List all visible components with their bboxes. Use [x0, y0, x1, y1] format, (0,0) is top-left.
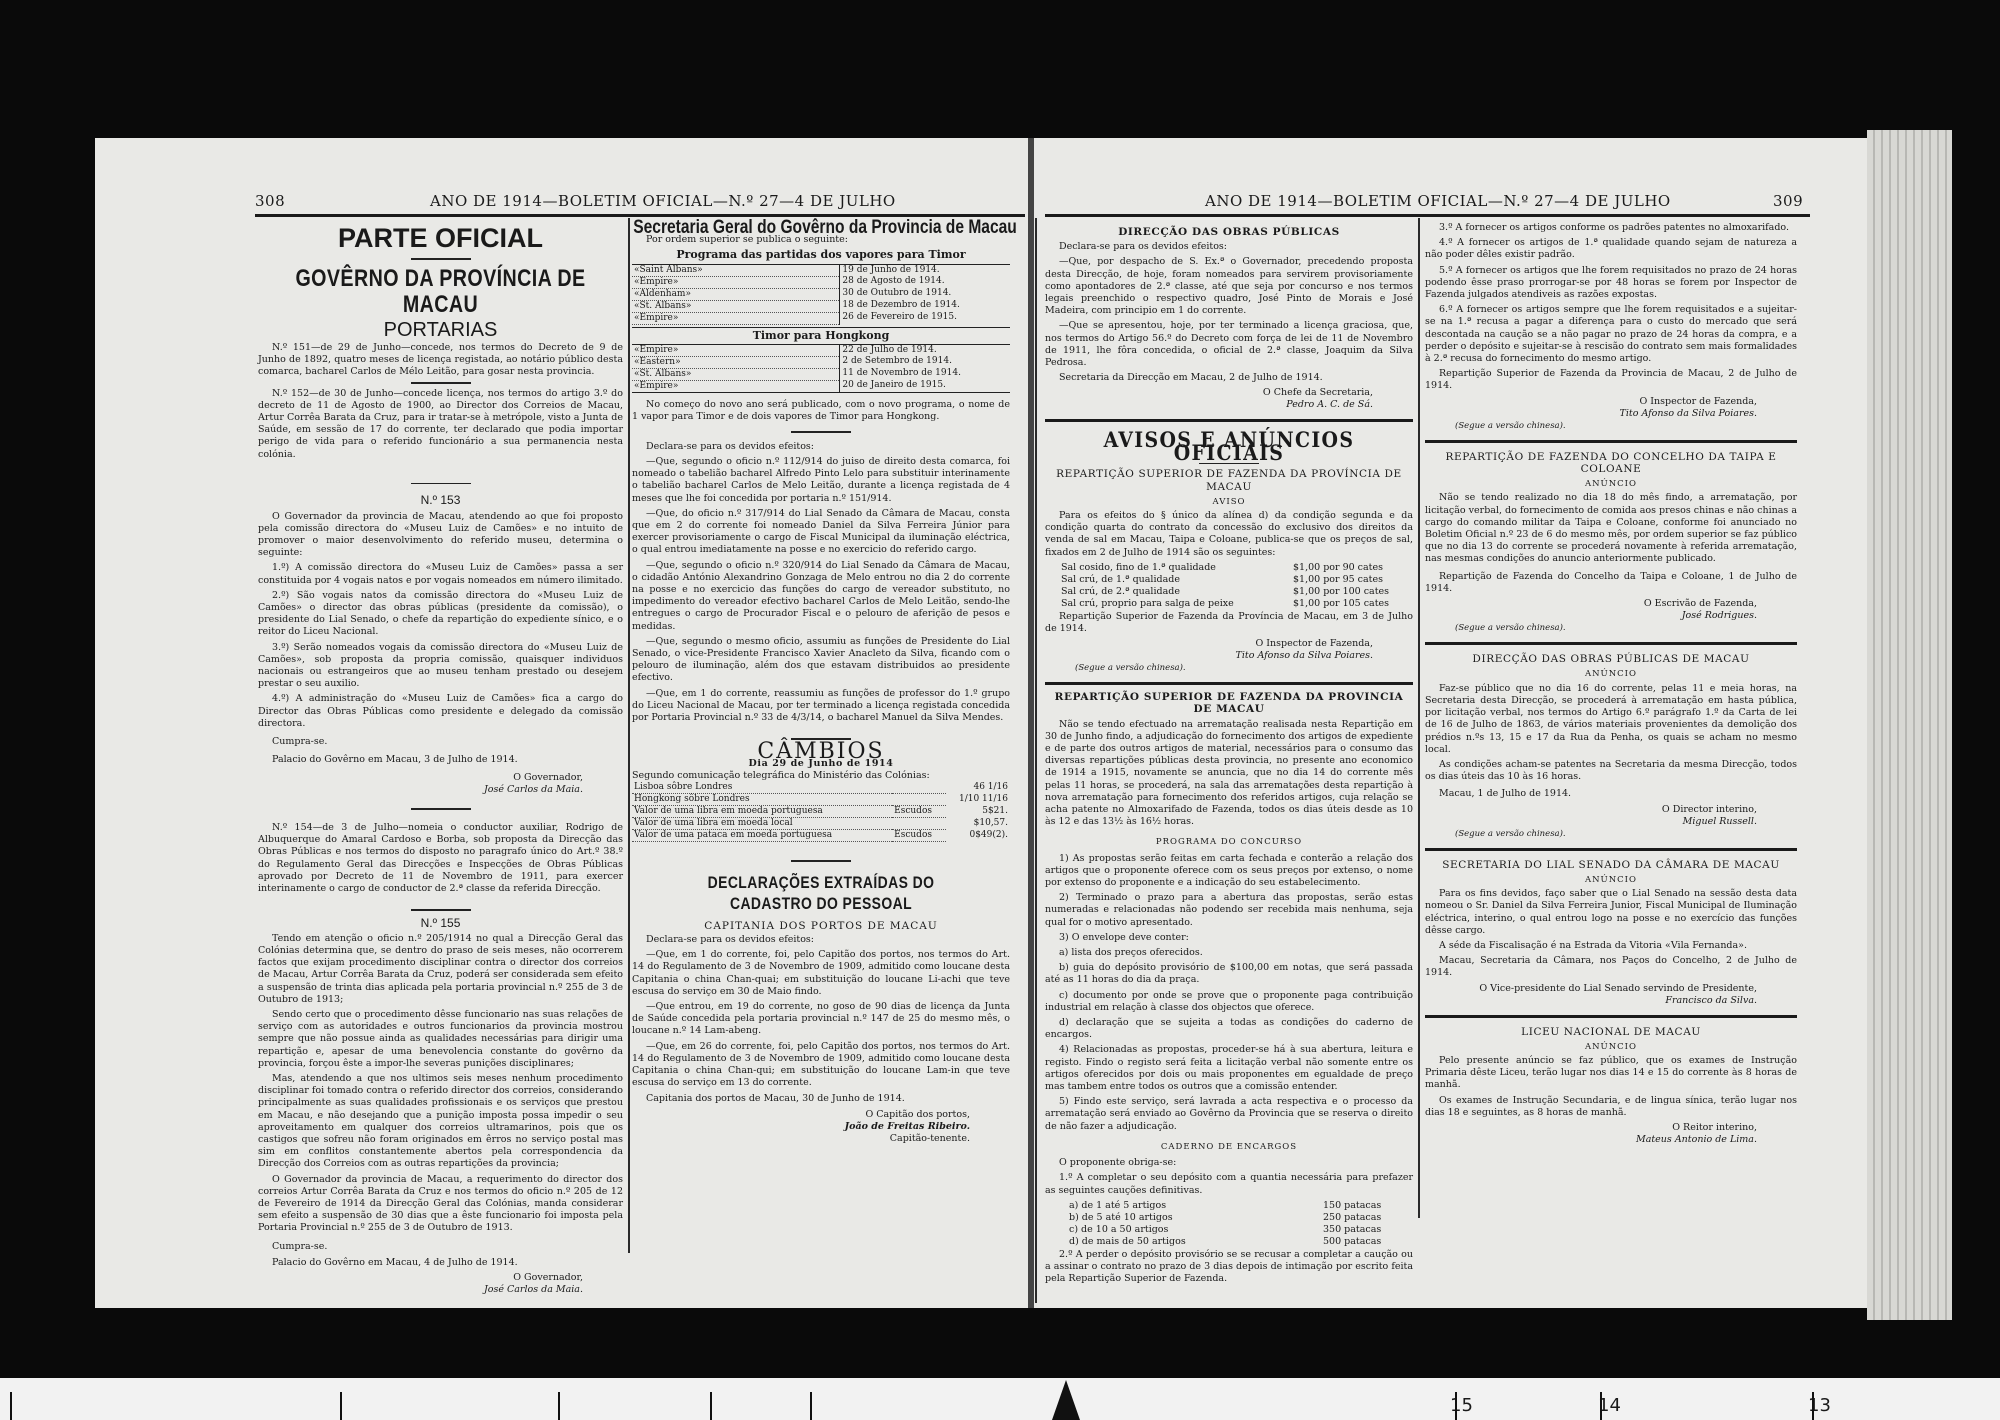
cambios-heading: CÂMBIOS	[632, 746, 1010, 758]
portaria-155-para: Sendo certo que o procedimento dêsse fun…	[258, 1009, 623, 1070]
signature-name: Pedro A. C. de Sá.	[1045, 399, 1413, 411]
film-tick	[340, 1392, 342, 1420]
caderno-item: 4.º A fornecer os artigos de 1.ª qualida…	[1425, 237, 1797, 261]
governo-heading: GOVÊRNO DA PROVÍNCIA DE MACAU	[274, 266, 606, 318]
capitania-date: Capitania dos portos de Macau, 30 de Jun…	[632, 1093, 1010, 1105]
signature-title: O Inspector de Fazenda,	[1045, 638, 1413, 650]
cumpra-se: Cumpra-se.	[258, 736, 623, 748]
capitania-heading: CAPITANIA DOS PORTOS DE MACAU	[632, 920, 1010, 932]
portaria-152: N.º 152—de 30 de Junho—concede licença, …	[258, 388, 623, 461]
obras-date: Secretaria da Direcção em Macau, 2 de Ju…	[1045, 372, 1413, 384]
chinese-version-note: (Segue a versão chinesa).	[1045, 662, 1413, 674]
taipa-heading: REPARTIÇÃO DE FAZENDA DO CONCELHO DA TAI…	[1425, 451, 1797, 475]
signature-name: Mateus Antonio de Lima.	[1425, 1134, 1797, 1146]
signature-name: José Carlos da Maia.	[258, 1284, 623, 1296]
declaration-para: —Que, segundo o oficio n.º 112/914 do ju…	[632, 456, 1010, 505]
timor-schedule-table: «Saint Albans»19 de Junho de 1914. «Empi…	[632, 265, 1010, 325]
cambios-date: Dia 29 de Junho de 1914	[632, 758, 1010, 770]
header-rule-right	[1045, 214, 1810, 217]
signature-name: Tito Afonso da Silva Poiares.	[1045, 650, 1413, 662]
hongkong-schedule-title: Timor para Hongkong	[632, 327, 1010, 345]
film-tick	[1600, 1392, 1602, 1420]
signature-title: O Chefe da Secretaria,	[1045, 387, 1413, 399]
page-number-left: 308	[255, 192, 285, 210]
obras-macau-heading: DIRECÇÃO DAS OBRAS PÚBLICAS DE MACAU	[1425, 653, 1797, 665]
page-edges	[1867, 130, 1952, 1320]
portaria-155-para: O Governador da provincia de Macau, a re…	[258, 1174, 623, 1235]
column-divider-left	[628, 218, 630, 1253]
declaration-para: —Que, segundo o mesmo oficio, assumiu as…	[632, 636, 1010, 685]
timor-schedule-title: Programa das partidas dos vapores para T…	[632, 249, 1010, 264]
cambios-intro: Segundo comunicação telegráfica do Minis…	[632, 770, 1010, 782]
aviso-text: Para os efeitos do § único da alínea d) …	[1045, 510, 1413, 559]
chinese-version-note: (Segue a versão chinesa).	[1425, 828, 1797, 840]
caderno-item: 5.º A fornecer os artigos que lhe forem …	[1425, 265, 1797, 302]
anuncio-label: ANÚNCIO	[1425, 874, 1797, 886]
film-tick	[10, 1392, 12, 1420]
avisos-heading: AVISOS E ANÚNCIOS OFICIAIS	[1063, 434, 1394, 458]
cadastro-heading: DECLARAÇÕES EXTRAÍDAS DO CADASTRO DO PES…	[682, 872, 959, 914]
column-divider-right	[1418, 218, 1420, 1218]
capitania-para: —Que entrou, em 19 do corrente, no goso …	[632, 1001, 1010, 1038]
film-tick	[810, 1392, 812, 1420]
obras-para: —Que, por despacho de S. Ex.ª o Governad…	[1045, 256, 1413, 317]
film-marker-icon	[1052, 1380, 1080, 1420]
obras-publicas-heading: DIRECÇÃO DAS OBRAS PÚBLICAS	[1045, 226, 1413, 238]
caucoes-list: a) de 1 até 5 artigos150 patacas b) de 5…	[1045, 1200, 1413, 1249]
senado-date: Macau, Secretaria da Câmara, nos Paços d…	[1425, 955, 1797, 979]
signature-title: O Vice-presidente do Lial Senado servind…	[1425, 983, 1797, 995]
portaria-153-item: 4.º) A administração do «Museu Luiz de C…	[258, 693, 623, 730]
cumpra-se: Cumpra-se.	[258, 1241, 623, 1253]
signature-name: Tito Afonso da Silva Poiares.	[1425, 408, 1797, 420]
caderno-item: 6.º A fornecer os artigos sempre que lhe…	[1425, 304, 1797, 365]
palacio-date: Palacio do Govêrno em Macau, 3 de Julho …	[258, 754, 623, 766]
programa-item: a) lista dos preços oferecidos.	[1045, 947, 1413, 959]
signature-rank: Capitão-tenente.	[632, 1133, 1010, 1145]
chinese-version-note: (Segue a versão chinesa).	[1425, 622, 1797, 634]
caderno-intro: O proponente obriga-se:	[1045, 1157, 1413, 1169]
column-2: Secretaria Geral do Govêrno da Provincia…	[632, 222, 1010, 1145]
obras-macau-text: As condições acham-se patentes na Secret…	[1425, 759, 1797, 783]
palacio-date: Palacio do Govêrno em Macau, 4 de Julho …	[258, 1257, 623, 1269]
programa-item: 3) O envelope deve conter:	[1045, 932, 1413, 944]
salt-price-list: Sal cosido, fino de 1.ª qualidade$1,00 p…	[1045, 562, 1413, 611]
capitania-para: —Que, em 26 do corrente, foi, pelo Capit…	[632, 1041, 1010, 1090]
parte-oficial-heading: PARTE OFICIAL	[258, 222, 623, 254]
cambios-table: Lisboa sôbre Londres46 1/16 Hongkong sôb…	[632, 782, 1010, 842]
fazenda-date: Repartição Superior de Fazenda da Provin…	[1425, 368, 1797, 392]
programa-item: b) guia do depósito provisório de $100,0…	[1045, 962, 1413, 986]
fazenda-heading: REPARTIÇÃO SUPERIOR DE FAZENDA DA PROVÍN…	[1045, 468, 1413, 492]
caderno-item: 3.º A fornecer os artigos conforme os pa…	[1425, 222, 1797, 234]
portaria-153-item: 2.º) São vogais natos da comissão direct…	[258, 590, 623, 639]
programa-heading: PROGRAMA DO CONCURSO	[1045, 836, 1413, 848]
signature-name: José Carlos da Maia.	[258, 784, 623, 796]
anuncio-label: ANÚNCIO	[1425, 668, 1797, 680]
senado-text: Para os fins devidos, faço saber que o L…	[1425, 888, 1797, 937]
signature-title: O Governador,	[258, 1272, 623, 1284]
anuncio-label: ANÚNCIO	[1425, 1041, 1797, 1053]
capitania-declara: Declara-se para os devidos efeitos:	[632, 934, 1010, 946]
film-tick	[558, 1392, 560, 1420]
column-3: DIRECÇÃO DAS OBRAS PÚBLICAS Declara-se p…	[1045, 222, 1413, 1288]
portarias-heading: PORTARIAS	[258, 318, 623, 342]
portaria-151: N.º 151—de 29 de Junho—concede, nos term…	[258, 342, 623, 379]
caderno-item: 1.º A completar o seu depósito com a qua…	[1045, 1172, 1413, 1196]
programa-item: c) documento por onde se prove que o pro…	[1045, 990, 1413, 1014]
declaration-para: —Que, do oficio n.º 317/914 do Lial Sena…	[632, 508, 1010, 557]
film-tick	[710, 1392, 712, 1420]
programa-item: 4) Relacionadas as propostas, proceder-s…	[1045, 1044, 1413, 1093]
fazenda2-heading: REPARTIÇÃO SUPERIOR DE FAZENDA DA PROVIN…	[1045, 691, 1413, 715]
senado-text: A séde da Fiscalisação é na Estrada da V…	[1425, 940, 1797, 952]
signature-name: Miguel Russell.	[1425, 816, 1797, 828]
anuncio-label: ANÚNCIO	[1425, 478, 1797, 490]
signature-title: O Capitão dos portos,	[632, 1109, 1010, 1121]
programa-item: 1) As propostas serão feitas em carta fe…	[1045, 853, 1413, 890]
portaria-155-para: Mas, atendendo a que nos ultimos seis me…	[258, 1073, 623, 1171]
portaria-153-item: 3.º) Serão nomeados vogais da comissão d…	[258, 642, 623, 691]
liceu-text: Pelo presente anúncio se faz público, qu…	[1425, 1055, 1797, 1092]
portaria-155-para: Tendo em atenção o oficio n.º 205/1914 n…	[258, 933, 623, 1006]
portaria-153-title: N.º 153	[258, 494, 623, 506]
book-spine	[1028, 138, 1034, 1308]
capitania-para: —Que, em 1 do corrente, foi, pelo Capitã…	[632, 949, 1010, 998]
liceu-text: Os exames de Instrução Secundaria, e de …	[1425, 1095, 1797, 1119]
taipa-text: Não se tendo realizado no dia 18 do mês …	[1425, 492, 1797, 565]
signature-title: O Inspector de Fazenda,	[1425, 396, 1797, 408]
signature-title: O Escrivão de Fazenda,	[1425, 598, 1797, 610]
obras-macau-date: Macau, 1 de Julho de 1914.	[1425, 788, 1797, 800]
portaria-153-item: 1.º) A comissão directora do «Museu Luiz…	[258, 562, 623, 586]
portaria-154: N.º 154—de 3 de Julho—nomeia o conductor…	[258, 822, 623, 895]
hongkong-schedule-table: «Empire»22 de Julho de 1914. «Eastern»2 …	[632, 345, 1010, 393]
liceu-heading: LICEU NACIONAL DE MACAU	[1425, 1026, 1797, 1038]
film-tick	[1812, 1392, 1814, 1420]
signature-name: João de Freitas Ribeiro.	[632, 1121, 1010, 1133]
signature-name: José Rodrigues.	[1425, 610, 1797, 622]
signature-title: O Governador,	[258, 772, 623, 784]
declaration-para: —Que, em 1 do corrente, reassumiu as fun…	[632, 688, 1010, 725]
film-strip	[0, 1378, 2000, 1420]
senado-heading: SECRETARIA DO LIAL SENADO DA CÂMARA DE M…	[1425, 859, 1797, 871]
chinese-version-note: (Segue a versão chinesa).	[1425, 420, 1797, 432]
declaration-para: —Que, segundo o oficio n.º 320/914 do Li…	[632, 560, 1010, 633]
running-title-left: ANO DE 1914—BOLETIM OFICIAL—N.º 27—4 DE …	[430, 192, 896, 210]
obras-declara: Declara-se para os devidos efeitos:	[1045, 241, 1413, 253]
portaria-153-intro: O Governador da provincia de Macau, aten…	[258, 511, 623, 560]
signature-title: O Reitor interino,	[1425, 1122, 1797, 1134]
programa-item: d) declaração que se sujeita a todas as …	[1045, 1017, 1413, 1041]
column-divider-center	[1035, 218, 1037, 1303]
taipa-date: Repartição de Fazenda do Concelho da Tai…	[1425, 571, 1797, 595]
film-number: 15	[1450, 1395, 1473, 1416]
signature-title: O Director interino,	[1425, 804, 1797, 816]
column-1: PARTE OFICIAL GOVÊRNO DA PROVÍNCIA DE MA…	[258, 222, 623, 1296]
obras-para: —Que se apresentou, hoje, por ter termin…	[1045, 320, 1413, 369]
novo-ano-note: No começo do novo ano será publicado, co…	[632, 399, 1010, 423]
programa-item: 2) Terminado o prazo para a abertura das…	[1045, 892, 1413, 929]
caderno-heading: CADERNO DE ENCARGOS	[1045, 1141, 1413, 1153]
declara-intro: Declara-se para os devidos efeitos:	[632, 441, 1010, 453]
secretaria-heading: Secretaria Geral do Govêrno da Provincia…	[633, 222, 1009, 234]
aviso-label: AVISO	[1045, 496, 1413, 508]
caderno-item: 2.º A perder o depósito provisório se se…	[1045, 1249, 1413, 1286]
film-tick	[1455, 1392, 1457, 1420]
signature-name: Francisco da Silva.	[1425, 995, 1797, 1007]
page-number-right: 309	[1773, 192, 1803, 210]
running-title-right: ANO DE 1914—BOLETIM OFICIAL—N.º 27—4 DE …	[1205, 192, 1671, 210]
portaria-155-title: N.º 155	[258, 917, 623, 929]
column-4: 3.º A fornecer os artigos conforme os pa…	[1425, 222, 1797, 1146]
fazenda2-text: Não se tendo efectuado na arrematação re…	[1045, 719, 1413, 829]
aviso-date: Repartição Superior de Fazenda da Provín…	[1045, 611, 1413, 635]
obras-macau-text: Faz-se público que no dia 16 do corrente…	[1425, 683, 1797, 756]
programa-item: 5) Findo este serviço, será lavrada a ac…	[1045, 1096, 1413, 1133]
